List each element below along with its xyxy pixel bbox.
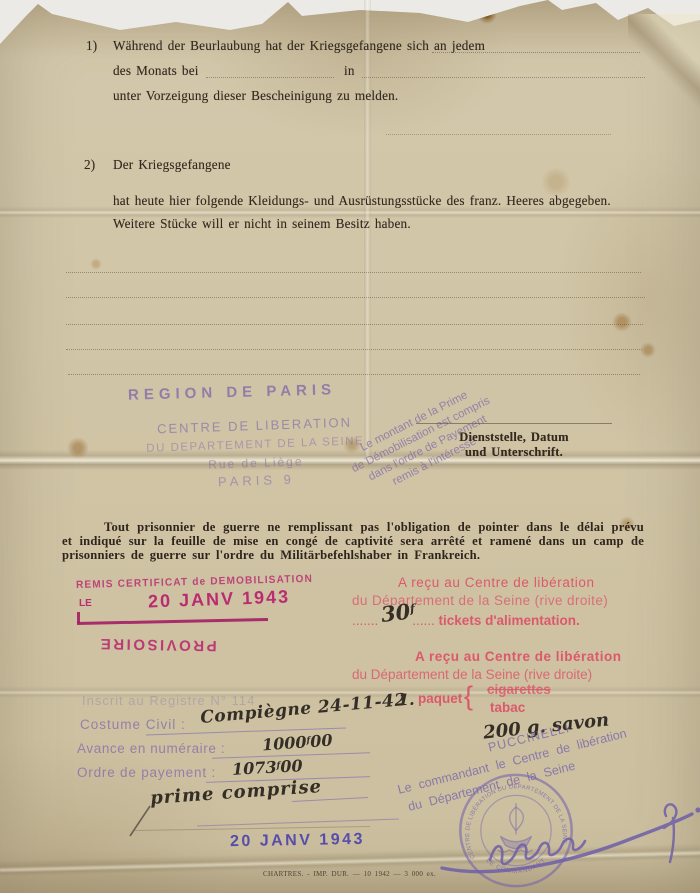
section2-line1: hat heute hier folgende Kleidungs- und A…: [113, 193, 611, 209]
stamp-label-costume: Costume Civil :: [80, 717, 186, 732]
signature: [428, 776, 700, 888]
signature-rule: [416, 423, 612, 424]
item-line: [66, 324, 643, 325]
stamp-recu1-line1: A reçu au Centre de libération: [398, 575, 595, 590]
stamp-recu2-line2: du Département de la Seine (rive droite): [352, 667, 592, 682]
blank-line: [206, 77, 334, 78]
stamp-recu1-dots1: .......: [352, 613, 378, 628]
section1-number: 1): [86, 38, 97, 54]
stamp-recu1-tickets: tickets d'alimentation.: [439, 613, 580, 628]
section2-title: Der Kriegsgefangene: [113, 157, 231, 173]
warning-line2: et indiqué sur la feuille de mise en con…: [62, 534, 644, 548]
document-photo: 1) Während der Beurlaubung hat der Krieg…: [0, 0, 700, 893]
section1-line2-mid: in: [344, 63, 355, 79]
stamp-date-bottom: 20 JANV 1943: [230, 831, 365, 851]
dienststelle-line1: Dienststelle, Datum: [416, 430, 612, 445]
stamp-recu2-tabac: tabac: [490, 700, 525, 715]
warning-line3: prisonniers de guerre sur l'ordre du Mil…: [62, 548, 644, 563]
stamp-label-avance: Avance en numéraire :: [77, 741, 225, 756]
handwritten-amount-30f: 30f: [380, 598, 417, 627]
item-line: [66, 297, 645, 298]
stamp-remis-le: LE: [79, 598, 92, 609]
stamp-recu2-line1: A reçu au Centre de libération: [415, 649, 622, 664]
stamp-recu2-cigarettes: cigarettes: [487, 682, 551, 697]
item-line: [66, 272, 641, 273]
stamp-provisoire: PROVISOIRE: [90, 635, 225, 654]
dienststelle-line2: und Unterschrift.: [416, 445, 612, 460]
stamp-label-ordre: Ordre de payement :: [77, 765, 216, 780]
handwritten-ordre-value: 1073f00: [232, 756, 303, 779]
section1-line1: Während der Beurlaubung hat der Kriegsge…: [113, 38, 485, 54]
warning-line1: Tout prisonnier de guerre ne remplissant…: [62, 520, 644, 534]
printer-imprint: CHARTRES. - IMP. DUR. — 10 1942 — 3 000 …: [263, 870, 436, 878]
section1-line3: unter Vorzeigung dieser Bescheinigung zu…: [113, 88, 398, 104]
item-line: [66, 349, 642, 350]
blank-line: [386, 134, 611, 135]
section1-line2-pre: des Monats bei: [113, 63, 199, 79]
section2-line2: Weitere Stücke will er nicht in seinem B…: [113, 216, 411, 232]
item-line: [68, 374, 640, 375]
blank-line: [362, 77, 645, 78]
corner-fold-top-right: [628, 14, 700, 110]
section2-number: 2): [84, 157, 95, 173]
stamp-recu2-brace: {: [464, 681, 473, 712]
blank-line: [432, 52, 640, 53]
pen-stroke: [126, 804, 156, 838]
stamp-recu2-paquet: paquet: [418, 691, 462, 706]
